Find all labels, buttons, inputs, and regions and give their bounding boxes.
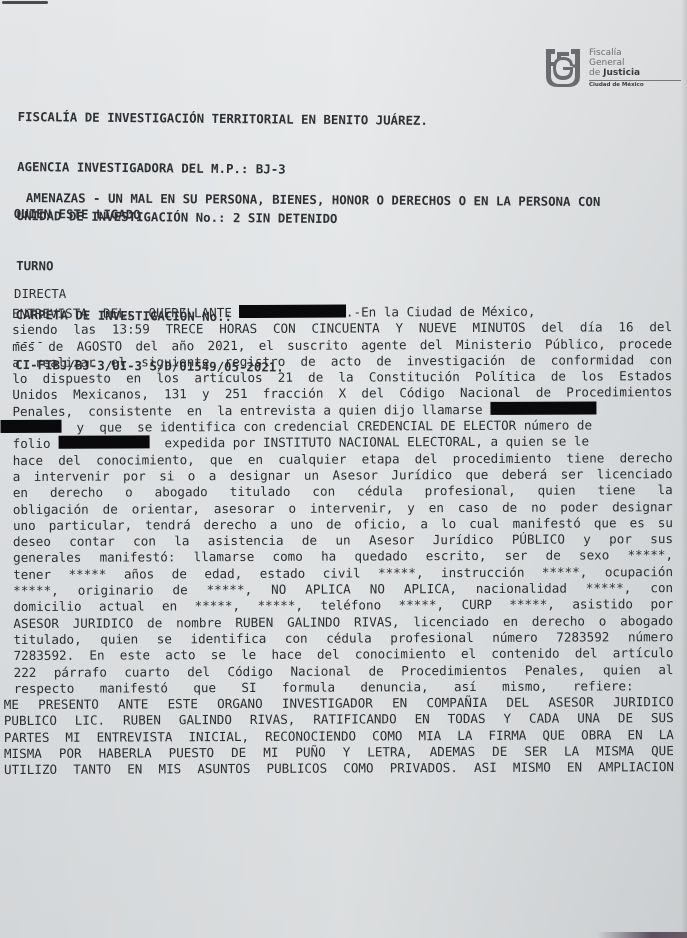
body-word: NO xyxy=(271,582,286,598)
body-word: años xyxy=(124,566,154,582)
body-word: ser xyxy=(505,548,528,564)
body-word: domicilio xyxy=(13,599,81,616)
body-word: originario xyxy=(78,582,154,599)
body-word: por xyxy=(609,531,632,547)
body-word: Estados xyxy=(619,368,672,385)
body-word: Penales, xyxy=(525,662,586,679)
body-word: ASI xyxy=(474,760,497,776)
body-word: en xyxy=(503,613,518,629)
body-word: en xyxy=(13,485,28,501)
body-word: la xyxy=(657,482,672,498)
body-word: RECONOCIENDO xyxy=(265,728,356,745)
body-word: investigación xyxy=(407,353,506,370)
body-word: profesional, xyxy=(425,483,516,500)
body-word: APLICA xyxy=(305,582,351,598)
body-word: obligación xyxy=(13,501,89,518)
body-word: mes xyxy=(12,338,35,354)
body-word: de xyxy=(300,354,315,370)
body-word: INICIAL, xyxy=(188,729,249,746)
body-word: a xyxy=(12,355,20,371)
body-word: PUESTO xyxy=(169,745,215,761)
body-word: Procedimientos xyxy=(401,662,507,679)
body-word: ***** xyxy=(69,566,107,582)
logo-divider xyxy=(589,80,681,81)
body-word: Código xyxy=(227,663,273,679)
body-word: 7283592 xyxy=(556,629,609,646)
body-word: orientar, xyxy=(132,501,200,518)
body-word: DEL xyxy=(506,695,529,711)
body-word: de xyxy=(502,499,517,515)
body-word: edad, xyxy=(204,566,242,582)
body-word: LA xyxy=(564,744,579,760)
body-word: nacionalidad xyxy=(476,581,567,598)
body-line: MEPRESENTOANTEESTEORGANOINVESTIGADORENCO… xyxy=(4,694,674,713)
body-word: derecho xyxy=(204,517,257,534)
body-word: ENTREVISTA xyxy=(97,729,173,746)
body-word: de xyxy=(48,338,63,354)
body-word: tiene xyxy=(598,483,636,499)
body-word: Y xyxy=(395,321,403,337)
body-word: fracción xyxy=(263,386,324,403)
body-word: su xyxy=(658,515,673,531)
body-word: poder xyxy=(560,499,598,515)
body-word: MIA xyxy=(418,728,441,744)
body-word: RATIFICANDO xyxy=(313,712,396,729)
body-word: EN xyxy=(127,762,142,778)
body-word: COMPAÑIA xyxy=(426,695,487,712)
body-word: deseo xyxy=(13,534,51,550)
body-word: quien xyxy=(100,631,138,647)
body-word: LIC. xyxy=(75,713,105,729)
body-word: *****, xyxy=(399,597,445,613)
body-word: uno xyxy=(13,518,36,534)
body-word: QUE xyxy=(651,743,674,759)
body-word: refiere: xyxy=(573,678,634,695)
body-word: COMO xyxy=(343,761,373,777)
body-word: titulado, xyxy=(13,632,81,649)
header-agencia: AGENCIA INVESTIGADORA DEL M.P.: BJ-3 xyxy=(17,158,427,178)
body-word: artículo xyxy=(613,645,674,662)
body-word: registro xyxy=(225,354,286,371)
body-word: con xyxy=(133,534,156,550)
body-word: que xyxy=(594,515,617,531)
body-word: de xyxy=(103,501,118,517)
body-word: MISMO xyxy=(513,760,551,776)
body-word: ASUNTOS xyxy=(197,761,250,778)
body-word: quedado xyxy=(354,549,407,566)
body-word: número xyxy=(628,629,674,645)
body-word: MISMA xyxy=(4,746,42,762)
body-word: 131 xyxy=(164,387,187,403)
body-word: RIVAS, xyxy=(354,614,400,630)
body-word: manifestó xyxy=(513,515,581,532)
body-word: los xyxy=(156,370,179,386)
body-word: PUBLICOS xyxy=(266,761,327,778)
body-word: derecho xyxy=(620,450,673,467)
body-word: llamarse xyxy=(194,549,255,566)
body-word: de xyxy=(551,369,566,385)
body-word: intervenir, xyxy=(310,500,393,517)
body-word: LA xyxy=(457,728,472,744)
body-word: este xyxy=(120,648,150,664)
fgj-logo: Fiscalía General de Justicia Ciudad de M… xyxy=(543,46,683,92)
body-word: JURIDICO xyxy=(613,694,674,711)
body-word: a xyxy=(420,516,428,532)
body-word: se xyxy=(211,647,226,663)
body-word: uno xyxy=(290,517,313,533)
body-word: que xyxy=(210,452,233,468)
body-word: X xyxy=(339,386,347,402)
body-word: CURP xyxy=(462,597,492,613)
body-word: MISMA xyxy=(596,743,634,759)
body-word: del xyxy=(415,451,438,467)
redacted-name xyxy=(490,401,596,414)
body-word: al xyxy=(658,662,673,678)
body-word: HABERLA xyxy=(99,745,152,762)
body-word: COMO xyxy=(372,728,402,744)
body-word: como xyxy=(272,549,302,565)
body-word: EN xyxy=(627,727,642,743)
body-word: tiene xyxy=(566,450,604,466)
body-word: artículos xyxy=(194,370,262,387)
body-word: de xyxy=(308,370,323,386)
body-word: que xyxy=(193,680,216,696)
body-word: mismo, xyxy=(502,678,548,694)
body-word: *****, xyxy=(195,598,241,614)
body-word: 13:59 xyxy=(112,322,150,338)
body-word: HORAS xyxy=(219,321,257,337)
body-word: o xyxy=(288,500,296,516)
body-word: el xyxy=(259,337,274,353)
logo-justicia: Justicia xyxy=(603,68,640,78)
body-word: caso xyxy=(458,499,488,515)
body-word: generales xyxy=(13,550,81,567)
body-word: ME xyxy=(4,697,19,713)
body-word: siendo xyxy=(12,322,58,338)
body-word: del xyxy=(420,337,443,353)
body-word: de xyxy=(369,663,384,679)
body-word: hace xyxy=(13,453,43,469)
document-page: Fiscalía General de Justicia Ciudad de M… xyxy=(0,0,687,938)
logo-de: de xyxy=(589,68,603,78)
body-word: AMPLIACION xyxy=(598,759,674,776)
body-word: no xyxy=(531,499,546,515)
body-word: de xyxy=(520,353,535,369)
interview-body: ENTREVISTA DEL: QUERELLANTE .-En la Ciud… xyxy=(12,303,674,778)
body-word: en xyxy=(126,371,141,387)
body-word: sus xyxy=(650,531,673,547)
body-word: un xyxy=(335,533,350,549)
redacted-name xyxy=(239,305,345,318)
body-word: nombre xyxy=(176,615,222,631)
body-word: ANTE xyxy=(118,697,148,713)
body-word: QUE xyxy=(542,727,565,743)
body-word: MI xyxy=(65,729,80,745)
body-word: le xyxy=(241,647,256,663)
body-word: con xyxy=(285,631,308,647)
body-word: NUEVE xyxy=(419,320,457,336)
body-word: del xyxy=(135,338,158,354)
body-word: año xyxy=(171,338,194,354)
body-word: INVESTIGADOR xyxy=(282,696,373,713)
body-word: DE xyxy=(492,744,507,760)
body-word: del xyxy=(317,647,340,663)
redacted-folio xyxy=(58,436,149,449)
body-word: del xyxy=(187,664,210,680)
body-word: EN xyxy=(567,760,582,776)
body-word: derecho xyxy=(50,485,103,502)
spacer xyxy=(149,436,164,452)
body-word: que xyxy=(465,467,488,483)
body-word: POR xyxy=(59,746,82,762)
body-word: de xyxy=(546,548,561,564)
body-word: ser xyxy=(561,466,584,482)
body-word: suscrito xyxy=(287,337,348,354)
body-word: del xyxy=(541,320,564,336)
body-word: Jurídico xyxy=(391,467,452,484)
body-word: la xyxy=(338,370,353,386)
body-word: NO xyxy=(370,581,385,597)
body-word: PÚBLICO xyxy=(512,532,565,549)
body-word: y xyxy=(202,387,210,403)
body-word: se xyxy=(157,631,172,647)
body-word: deberá xyxy=(502,467,548,483)
body-word: AGOSTO xyxy=(77,338,123,354)
body-word: acto xyxy=(165,647,195,663)
header-turno: TURNO xyxy=(16,257,426,277)
body-word: 251 xyxy=(225,386,248,402)
body-word: Mexicanos, xyxy=(73,387,149,404)
body-word: conocimiento xyxy=(355,646,446,663)
body-word: identifica xyxy=(190,631,266,648)
body-word: Código xyxy=(399,386,445,402)
body-text: ENTREVISTA DEL: QUERELLANTE xyxy=(12,305,232,322)
body-word: MINUTOS xyxy=(472,320,525,337)
body-word: dispuesto xyxy=(43,371,111,388)
body-word: *****, xyxy=(207,582,253,598)
body-word: 21 xyxy=(278,370,293,386)
body-word: número xyxy=(492,630,538,646)
body-word: *****, xyxy=(586,580,632,596)
body-word: PUÑO xyxy=(295,745,325,761)
body-word: ESTE xyxy=(168,696,198,712)
body-word: SER xyxy=(524,744,547,760)
body-word: estado xyxy=(260,565,306,581)
body-word: abogado xyxy=(155,484,208,501)
body-word: CINCUENTA xyxy=(311,321,379,338)
logo-line-justicia: de Justicia xyxy=(589,68,681,78)
body-word: tendrá xyxy=(145,517,191,533)
body-word: y xyxy=(407,500,415,516)
crime-type: AMENAZAS - UN MAL EN SU PERSONA, BIENES,… xyxy=(14,190,664,227)
body-word: ASESOR xyxy=(13,615,59,631)
body-word: por xyxy=(650,596,673,612)
body-word: *****, xyxy=(258,598,304,614)
body-word: es xyxy=(630,515,645,531)
body-word: RUBEN xyxy=(235,615,273,631)
body-word: GALINDO xyxy=(179,712,232,729)
body-word: contar xyxy=(69,534,115,550)
body-word: respecto xyxy=(14,681,75,698)
body-word: o xyxy=(125,485,133,501)
body-word: Y xyxy=(503,711,511,727)
body-word: teléfono xyxy=(320,598,381,615)
body-word: así xyxy=(454,679,477,695)
body-word: OBRA xyxy=(581,727,611,743)
body-word: sexo xyxy=(579,548,609,564)
body-word: del xyxy=(649,319,672,335)
body-word: tener xyxy=(13,567,51,583)
body-word: DE xyxy=(618,711,633,727)
body-word: SUS xyxy=(651,711,674,727)
body-word: de xyxy=(147,615,162,631)
body-word: el xyxy=(461,646,476,662)
body-word: En xyxy=(89,648,104,664)
body-word: asesorar xyxy=(214,500,275,517)
body-word: el xyxy=(111,354,126,370)
body-line: arealizarelsiguienteregistrodeactodeinve… xyxy=(12,352,672,371)
body-word: GALINDO xyxy=(287,614,340,631)
body-word: Jurídico xyxy=(433,532,494,549)
body-word: de xyxy=(376,353,391,369)
body-word: licenciado xyxy=(413,614,489,631)
logo-wordmark: Fiscalía General de Justicia Ciudad de M… xyxy=(589,46,681,89)
body-word: UTILIZO xyxy=(4,762,57,779)
body-word: lo xyxy=(12,371,27,387)
body-word: ORGANO xyxy=(217,696,263,712)
body-word: hace xyxy=(271,647,301,663)
body-word: por xyxy=(123,468,146,484)
body-word: *****, xyxy=(542,564,588,580)
body-word: 16 xyxy=(618,320,633,336)
body-word: a xyxy=(209,468,217,484)
body-word: *****, xyxy=(509,597,555,613)
body-word: titulado xyxy=(230,484,291,501)
body-word: agente xyxy=(361,337,407,353)
section-title: DIRECTA xyxy=(14,286,66,302)
body-word: profesional xyxy=(390,630,473,647)
body-word: de xyxy=(536,385,551,401)
body-word: FIRMA xyxy=(488,727,526,743)
body-word: del xyxy=(58,452,81,468)
body-word: cédula xyxy=(326,630,372,646)
body-word: TODAS xyxy=(448,711,486,727)
redacted-surname xyxy=(0,420,61,433)
body-word: conformidad xyxy=(551,352,634,369)
body-word: designar xyxy=(230,468,291,485)
body-word: de xyxy=(172,566,187,582)
body-word: de xyxy=(172,582,187,598)
body-word: oficio, xyxy=(354,516,407,533)
body-word: en xyxy=(162,599,177,615)
body-word: RIVAS, xyxy=(250,712,296,728)
page-edge-mark xyxy=(2,1,48,4)
body-word: cual xyxy=(469,516,499,532)
body-word: Público, xyxy=(545,336,606,353)
body-word: Constitución xyxy=(369,369,460,386)
body-word: conocimiento, xyxy=(96,452,195,469)
body-word: PARTES xyxy=(4,730,50,746)
body-word: de xyxy=(302,533,317,549)
body-word: Y xyxy=(343,745,351,761)
body-word: ocupación xyxy=(605,564,673,581)
body-word: formula xyxy=(282,679,335,696)
spacer xyxy=(50,436,58,452)
body-word: Asesor xyxy=(369,532,415,548)
body-word: las xyxy=(73,322,96,338)
body-word: acto xyxy=(331,353,361,369)
body-word: del xyxy=(575,646,598,662)
body-word: lo xyxy=(441,516,456,532)
body-word: día xyxy=(580,320,603,336)
body-word: cualquier xyxy=(278,451,346,468)
body-word: en xyxy=(248,452,263,468)
logo-line-city: Ciudad de México xyxy=(589,82,681,89)
body-word: LETRA, xyxy=(367,744,413,760)
body-word: Ministerio xyxy=(456,336,532,353)
body-word: Nacional xyxy=(460,385,521,402)
body-word: quien xyxy=(603,662,641,678)
body-word: etapa xyxy=(362,451,400,467)
body-word: un xyxy=(304,468,319,484)
body-word: EN xyxy=(392,695,407,711)
body-word: Unidos xyxy=(12,387,58,403)
body-word: Nacional xyxy=(290,663,351,680)
body-word: *****, xyxy=(13,583,59,599)
body-word: si xyxy=(159,468,174,484)
body-line: tener*****añosdeedad,estadocivil*****,in… xyxy=(13,564,673,583)
body-word: instrucción xyxy=(441,565,524,582)
body-word: del xyxy=(361,386,384,402)
logo-line-fiscalia: Fiscalía xyxy=(589,48,681,58)
spacer xyxy=(483,402,491,418)
body-word: quien xyxy=(538,483,576,499)
body-word: *****, xyxy=(628,548,674,564)
body-word: UNA xyxy=(577,711,600,727)
body-word: Asesor xyxy=(332,467,378,483)
body-word: derecho xyxy=(532,613,585,630)
body-text: expedida por INSTITUTO NACIONAL ELECTORA… xyxy=(164,434,589,452)
page-corner-mark xyxy=(597,932,687,938)
body-word: JURIDICO xyxy=(73,615,134,632)
body-word: particular, xyxy=(49,517,132,534)
body-line: respectomanifestóqueSIformuladenuncia,as… xyxy=(14,678,634,697)
body-word: siguiente xyxy=(141,354,209,371)
body-word: APLICA, xyxy=(404,581,457,598)
body-line: unoparticular,tendráderechoaunodeoficio,… xyxy=(13,515,673,534)
body-word: RUBEN xyxy=(123,713,161,729)
body-word: 2021, xyxy=(207,338,245,354)
body-word: manifestó xyxy=(100,680,168,697)
body-word: licenciado xyxy=(597,466,673,483)
body-word: con xyxy=(650,580,673,596)
body-word: procedimiento xyxy=(453,450,552,467)
body-word: TRECE xyxy=(166,321,204,337)
body-word: 222 xyxy=(14,664,37,680)
body-word: MIS xyxy=(158,762,181,778)
fgj-emblem-icon xyxy=(543,46,583,88)
body-word: DE xyxy=(231,745,246,761)
body-word: *****, xyxy=(378,565,424,581)
body-word: designar xyxy=(612,499,673,516)
body-word: y xyxy=(583,532,591,548)
body-word: cédula xyxy=(357,484,403,500)
body-word: actual xyxy=(99,599,145,615)
body-word: con xyxy=(312,484,335,500)
body-word: abogado xyxy=(620,613,673,630)
spacer xyxy=(232,305,240,321)
body-word: asistido xyxy=(572,597,633,614)
